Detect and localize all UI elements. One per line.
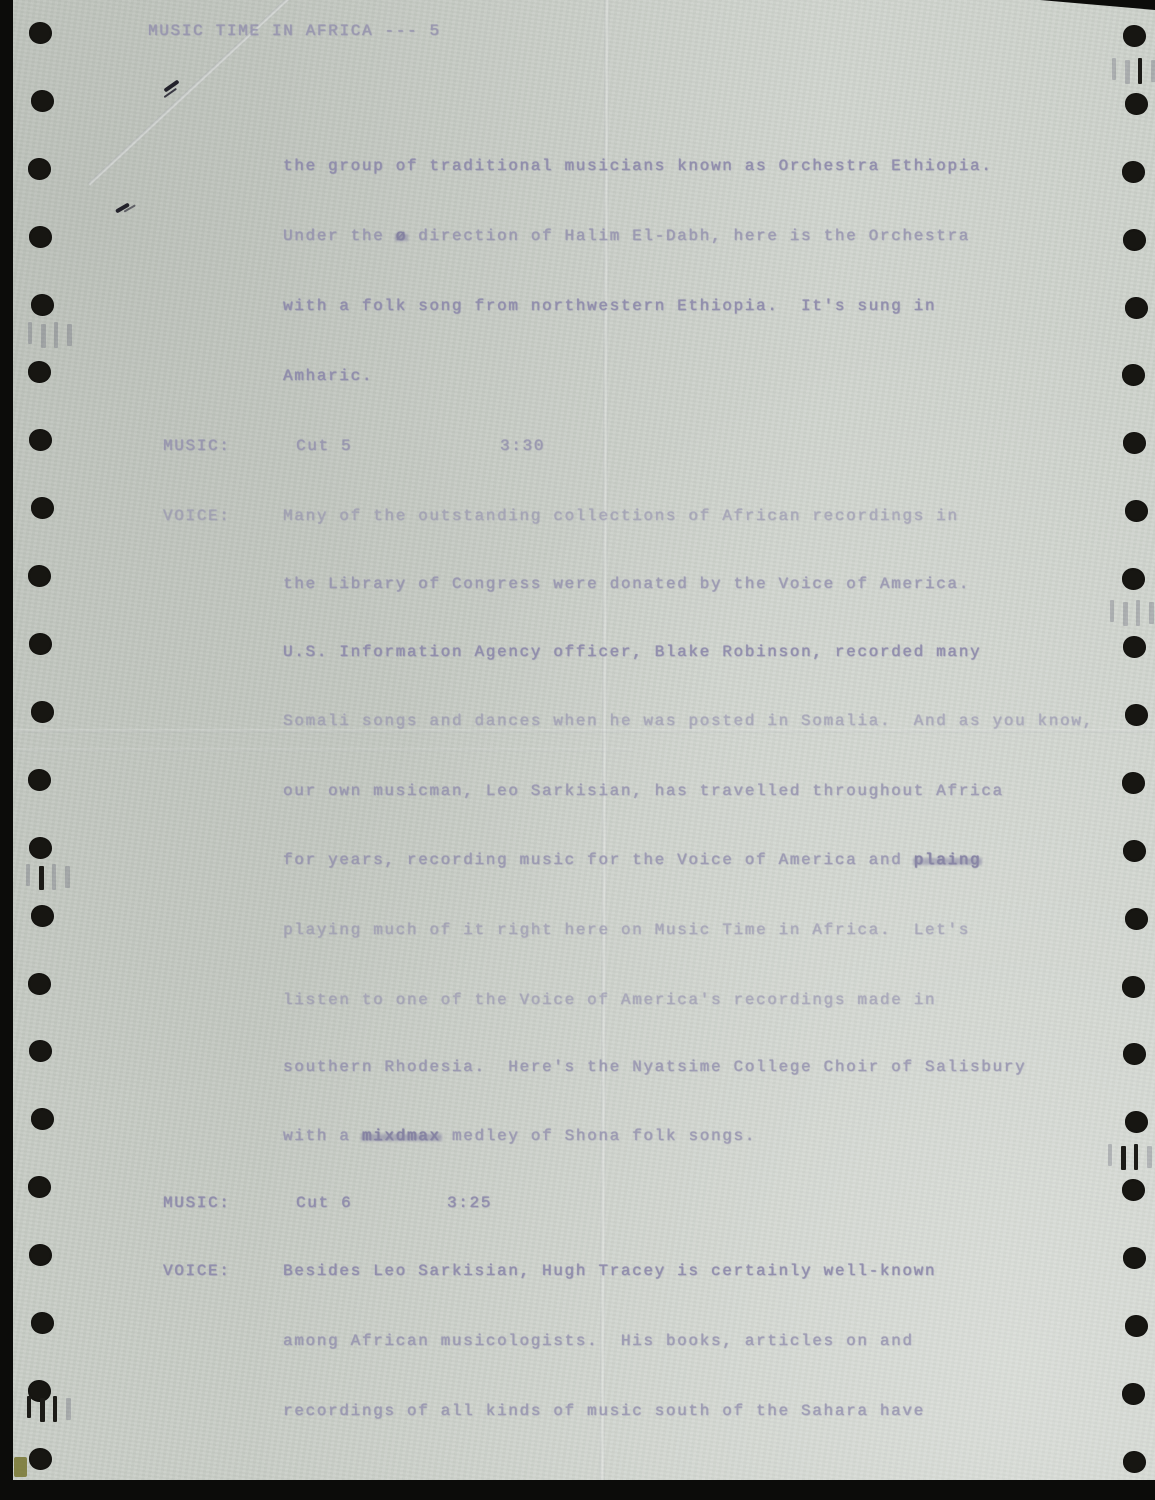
punch-hole [1125,1111,1148,1133]
feed-mark [1123,602,1128,626]
page-header-line: MUSIC TIME IN AFRICA --- 5 [148,22,441,40]
feed-mark [27,1396,31,1418]
feed-mark [1136,600,1140,626]
struck-word: mixdmax [362,1127,441,1145]
punch-hole [1125,908,1148,930]
feed-mark [39,866,44,890]
punch-hole [1125,704,1148,726]
feed-mark [1125,60,1130,84]
voice-label: VOICE: [163,1262,231,1280]
line-pre: for years, recording music for the Voice… [283,851,914,869]
feed-mark [1134,1144,1138,1170]
punch-hole [29,633,52,655]
struck-word: plaing [914,851,982,869]
punch-hole [1125,1315,1148,1337]
punch-hole [1122,364,1145,386]
punch-hole [31,90,54,112]
punch-hole [28,158,51,180]
feed-mark [1121,1146,1126,1170]
punch-hole [1123,636,1146,658]
line-post: medley of Shona folk songs. [441,1127,756,1145]
feed-mark [52,864,56,890]
line-post: direction of Halim El-Dabh, here is the … [407,227,970,245]
script-line: Amharic. [283,367,373,385]
script-line: playing much of it right here on Music T… [283,921,970,939]
punch-hole [29,22,52,44]
script-line: with a folk song from northwestern Ethio… [283,297,936,315]
feed-mark [1108,1144,1112,1166]
feed-mark [28,322,32,344]
punch-hole [1125,500,1148,522]
cue-cut: Cut 5 [296,437,352,455]
punch-hole [1123,1247,1146,1269]
punch-hole [29,837,52,859]
paper: MUSIC TIME IN AFRICA --- 5 the group of … [13,0,1155,1484]
feed-mark [1147,1146,1152,1168]
struck-character: ø [396,227,407,245]
punch-hole [1122,1179,1145,1201]
punch-hole [31,1312,54,1334]
punch-hole [29,1040,52,1062]
corner-stain [14,1457,27,1477]
script-line: the Library of Congress were donated by … [283,575,970,593]
ink-mark [115,203,130,214]
feed-mark [41,324,46,348]
punch-hole [1122,772,1145,794]
punch-hole [1123,840,1146,862]
feed-mark [53,1396,57,1422]
script-line: among African musicologists. His books, … [283,1332,914,1350]
punch-hole [1122,1383,1145,1405]
cue-cut: Cut 6 [296,1194,352,1212]
script-line: for years, recording music for the Voice… [283,851,981,869]
script-line: southern Rhodesia. Here's the Nyatsime C… [283,1058,1026,1076]
cue-time: 3:30 [500,437,545,455]
script-line: recordings of all kinds of music south o… [283,1402,925,1420]
punch-hole [1123,1043,1146,1065]
punch-hole [1125,93,1148,115]
punch-hole [1122,568,1145,590]
punch-hole [28,361,51,383]
music-label: MUSIC: [163,1194,231,1212]
feed-mark [54,322,58,348]
punch-hole [29,226,52,248]
feed-mark [67,324,72,346]
line-pre: Under the [283,227,396,245]
music-label: MUSIC: [163,437,231,455]
punch-hole [1123,229,1146,251]
script-line: listen to one of the Voice of America's … [283,991,936,1009]
voice-label: VOICE: [163,507,231,525]
feed-mark [1112,58,1116,80]
punch-hole [29,429,52,451]
punch-hole [28,565,51,587]
script-line: the group of traditional musicians known… [283,157,992,175]
punch-hole [29,1448,52,1470]
horizontal-crease-2 [13,748,633,752]
scanned-page: MUSIC TIME IN AFRICA --- 5 the group of … [0,0,1155,1500]
script-line: Somali songs and dances when he was post… [283,712,1094,730]
punch-hole [1122,976,1145,998]
punch-hole [31,294,54,316]
script-line: our own musicman, Leo Sarkisian, has tra… [283,782,1004,800]
scan-edge-bottom [0,1480,1155,1500]
punch-hole [31,1108,54,1130]
punch-hole [28,1176,51,1198]
punch-hole [31,701,54,723]
punch-hole [28,769,51,791]
feed-mark [65,866,70,888]
script-line: Many of the outstanding collections of A… [283,507,959,525]
punch-hole [31,905,54,927]
line-pre: with a [283,1127,362,1145]
feed-mark [26,864,30,886]
script-line: Under the ø direction of Halim El-Dabh, … [283,227,970,245]
ink-mark [163,79,179,92]
punch-hole [1123,25,1146,47]
punch-hole [31,497,54,519]
feed-mark [40,1398,45,1422]
script-line: U.S. Information Agency officer, Blake R… [283,643,981,661]
script-line: Besides Leo Sarkisian, Hugh Tracey is ce… [283,1262,936,1280]
cue-time: 3:25 [447,1194,492,1212]
punch-hole [1122,161,1145,183]
punch-hole [1123,1451,1146,1473]
punch-hole [1123,432,1146,454]
feed-mark [1138,58,1142,84]
script-line: with a mixdmax medley of Shona folk song… [283,1127,756,1145]
feed-mark [1110,600,1114,622]
punch-hole [28,973,51,995]
punch-hole [29,1244,52,1266]
feed-mark [1151,60,1155,82]
feed-mark [66,1398,71,1420]
punch-hole [1125,297,1148,319]
feed-mark [1149,602,1154,624]
